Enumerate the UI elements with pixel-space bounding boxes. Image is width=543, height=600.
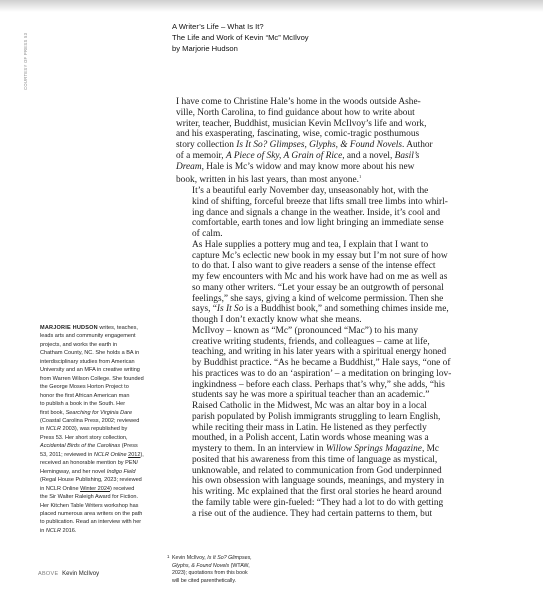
bio-line: first book, Searching for Virginia Dare bbox=[40, 409, 164, 417]
bio-line: University and an MFA in creative writin… bbox=[40, 366, 164, 374]
text-line: Raised Catholic in the Midwest, Mc was a… bbox=[176, 401, 444, 412]
text-line: capture Mc’s eclectic new book in my ess… bbox=[176, 251, 444, 262]
review-link-2012[interactable]: 2012 bbox=[128, 452, 140, 458]
bio-line: received an honorable mention by PEN/ bbox=[40, 459, 164, 467]
text-line: of calm. bbox=[176, 229, 444, 240]
footnote-ref[interactable]: 1 bbox=[359, 174, 361, 179]
text-line: his practices was to do an ‘aspiration’ … bbox=[176, 369, 444, 380]
byline: by Marjorie Hudson bbox=[172, 43, 309, 54]
text-line: ing dance and signals a change in the we… bbox=[176, 208, 444, 219]
paragraph-1: I have come to Christine Hale’s home in … bbox=[176, 97, 444, 186]
series-title: A Writer’s Life – What Is It? bbox=[172, 21, 309, 32]
text-line: Dream, Hale is Mc’s widow and may know m… bbox=[176, 162, 444, 173]
text-line: writer, teacher, Buddhist, musician Kevi… bbox=[176, 119, 444, 130]
caption-label: ABOVE bbox=[38, 571, 58, 577]
book-title: Is It So? Glimpses, Glyphs, & Found Nove… bbox=[236, 140, 402, 150]
text-line: to do that. I also want to give readers … bbox=[176, 261, 444, 272]
paragraph-3: As Hale supplies a pottery mug and tea, … bbox=[176, 240, 444, 326]
bio-line: interdisciplinary studies from American bbox=[40, 358, 164, 366]
text-line: students say he was more a spiritual tea… bbox=[176, 390, 444, 401]
text-line: book, written in his last years, than mo… bbox=[176, 172, 444, 186]
bio-line: Press 53. Her short story collection, bbox=[40, 434, 164, 442]
bio-line: from Warren Wilson College. She founded bbox=[40, 375, 164, 383]
bio-line: Accidental Birds of the Carolinas (Press bbox=[40, 442, 164, 450]
paragraph-2: It’s a beautiful early November day, uns… bbox=[176, 186, 444, 240]
bio-line: in NCLR 2016. bbox=[40, 527, 164, 535]
text-line: mystery to them. In an interview in Will… bbox=[176, 444, 444, 455]
text-line: a rise out of the audience. They had cer… bbox=[176, 509, 444, 520]
text-line: posited that his awareness from this tim… bbox=[176, 455, 444, 466]
text-line: comfortable, earth tones and low light b… bbox=[176, 218, 444, 229]
author-bio: MARJORIE HUDSON writes, teaches, leads a… bbox=[40, 324, 164, 535]
bio-line: in NCLR Online Winter 2024) received bbox=[40, 485, 164, 493]
book-title: Basil’s bbox=[395, 151, 420, 161]
journal-title: NCLR bbox=[46, 528, 61, 534]
text-line: creative writing students, friends, and … bbox=[176, 337, 444, 348]
book-title: Indigo Field bbox=[107, 469, 136, 475]
text-line: his writing. Mc explained that the first… bbox=[176, 487, 444, 498]
bio-line: projects, and works the earth in bbox=[40, 341, 164, 349]
text-line: ville, North Carolina, to find guidance … bbox=[176, 108, 444, 119]
book-title: Is It So bbox=[217, 304, 243, 314]
bio-line: placed numerous area writers on the path bbox=[40, 510, 164, 518]
bio-line: to publication. Read an interview with h… bbox=[40, 518, 164, 526]
page-top-shadow bbox=[0, 0, 543, 12]
author-name: MARJORIE HUDSON bbox=[40, 325, 98, 331]
bio-line: (Coastal Carolina Press, 2002; reviewed bbox=[40, 417, 164, 425]
bio-line: Her Kitchen Table Writers workshop has bbox=[40, 502, 164, 510]
text-line: kind of shifting, forceful breeze that l… bbox=[176, 197, 444, 208]
article-body: I have come to Christine Hale’s home in … bbox=[176, 97, 444, 519]
bio-line: leads arts and community engagement bbox=[40, 332, 164, 340]
text-line: ingkindness – before each class. Perhaps… bbox=[176, 380, 444, 391]
article-title: The Life and Work of Kevin “Mc” McIlvoy bbox=[172, 32, 309, 43]
bio-line: Chatham County, NC. She holds a BA in bbox=[40, 349, 164, 357]
book-title: Accidental Birds of the Carolinas bbox=[40, 443, 120, 449]
journal-title: NCLR bbox=[46, 426, 61, 432]
footnote-number: 1 bbox=[167, 553, 169, 561]
book-title: Is It So? Glimpses, bbox=[207, 555, 251, 561]
text-line: feelings,” she says, giving a kind of we… bbox=[176, 294, 444, 305]
journal-title: NCLR Online bbox=[94, 452, 127, 458]
bio-line: the Sir Walter Raleigh Award for Fiction… bbox=[40, 493, 164, 501]
text-line: and his exasperating, fascinating, wise,… bbox=[176, 129, 444, 140]
text-line: I have come to Christine Hale’s home in … bbox=[176, 97, 444, 108]
text-line: parish populated by Polish immigrants st… bbox=[176, 412, 444, 423]
book-title: Dream bbox=[176, 162, 202, 172]
photo-credit-text: COURTESY OF PRESS 53 bbox=[23, 33, 28, 90]
bio-line: the George Moses Horton Project to bbox=[40, 383, 164, 391]
book-title: Searching for Virginia Dare bbox=[66, 410, 133, 416]
bio-line: to publish a book in the South. Her bbox=[40, 400, 164, 408]
magazine-title: Willow Springs Magazine, bbox=[326, 444, 424, 454]
footnote-line: will be cited parenthetically. bbox=[172, 578, 282, 586]
book-title: A Piece of Sky, A Grain of Rice bbox=[226, 151, 342, 161]
bio-line: honor the first African American man bbox=[40, 392, 164, 400]
text-line: though I don’t exactly know what she mea… bbox=[176, 315, 444, 326]
text-line: story collection Is It So? Glimpses, Gly… bbox=[176, 140, 444, 151]
text-line: so many other writers. “Let your essay b… bbox=[176, 283, 444, 294]
text-line: says, “Is It So is a Buddhist book,” and… bbox=[176, 304, 444, 315]
text-line: while reciting their mass in Latin. He l… bbox=[176, 423, 444, 434]
text-line: my few encounters with Mc and his work h… bbox=[176, 272, 444, 283]
footnote: 1 Kevin McIlvoy, Is It So? Glimpses, Gly… bbox=[172, 555, 282, 586]
bio-line: Hemingway, and her novel Indigo Field bbox=[40, 468, 164, 476]
photo-credit: COURTESY OF PRESS 53 bbox=[23, 30, 31, 90]
text-line: It’s a beautiful early November day, uns… bbox=[176, 186, 444, 197]
bio-line: (Regal House Publishing, 2023; reviewed bbox=[40, 476, 164, 484]
footnote-line: Kevin McIlvoy, Is It So? Glimpses, bbox=[172, 555, 282, 563]
bio-line: 53, 2011; reviewed in NCLR Online 2012), bbox=[40, 451, 164, 459]
bio-line: MARJORIE HUDSON writes, teaches, bbox=[40, 324, 164, 332]
text-line: McIlvoy – known as “Mc” (pronounced “Mac… bbox=[176, 326, 444, 337]
text-line: his own obsession with language sounds, … bbox=[176, 476, 444, 487]
text-line: by Buddhist practice. “As he became a Bu… bbox=[176, 358, 444, 369]
footnote-line: Glyphs, & Found Novels (WTAW, bbox=[172, 563, 282, 571]
text-line: teaching, and writing in his later years… bbox=[176, 347, 444, 358]
text-line: of a memoir, A Piece of Sky, A Grain of … bbox=[176, 151, 444, 162]
paragraph-5: Raised Catholic in the Midwest, Mc was a… bbox=[176, 401, 444, 519]
photo-caption: ABOVE Kevin McIlvoy bbox=[38, 571, 99, 577]
caption-text: Kevin McIlvoy bbox=[62, 571, 99, 577]
article-header: A Writer’s Life – What Is It? The Life a… bbox=[172, 21, 309, 54]
bio-line: in NCLR 2003), was republished by bbox=[40, 425, 164, 433]
text-line: the family table were gin-fueled: “They … bbox=[176, 498, 444, 509]
text-line: mouthed, in a Polish accent, Latin words… bbox=[176, 433, 444, 444]
text-line: unknowable, and related to communication… bbox=[176, 466, 444, 477]
paragraph-4: McIlvoy – known as “Mc” (pronounced “Mac… bbox=[176, 326, 444, 401]
text-line: As Hale supplies a pottery mug and tea, … bbox=[176, 240, 444, 251]
footnote-line: 2023); quotations from this book bbox=[172, 570, 282, 578]
book-title: Glyphs, & Found Novels bbox=[172, 563, 229, 569]
review-link-winter-2024[interactable]: Winter 2024 bbox=[80, 486, 110, 492]
